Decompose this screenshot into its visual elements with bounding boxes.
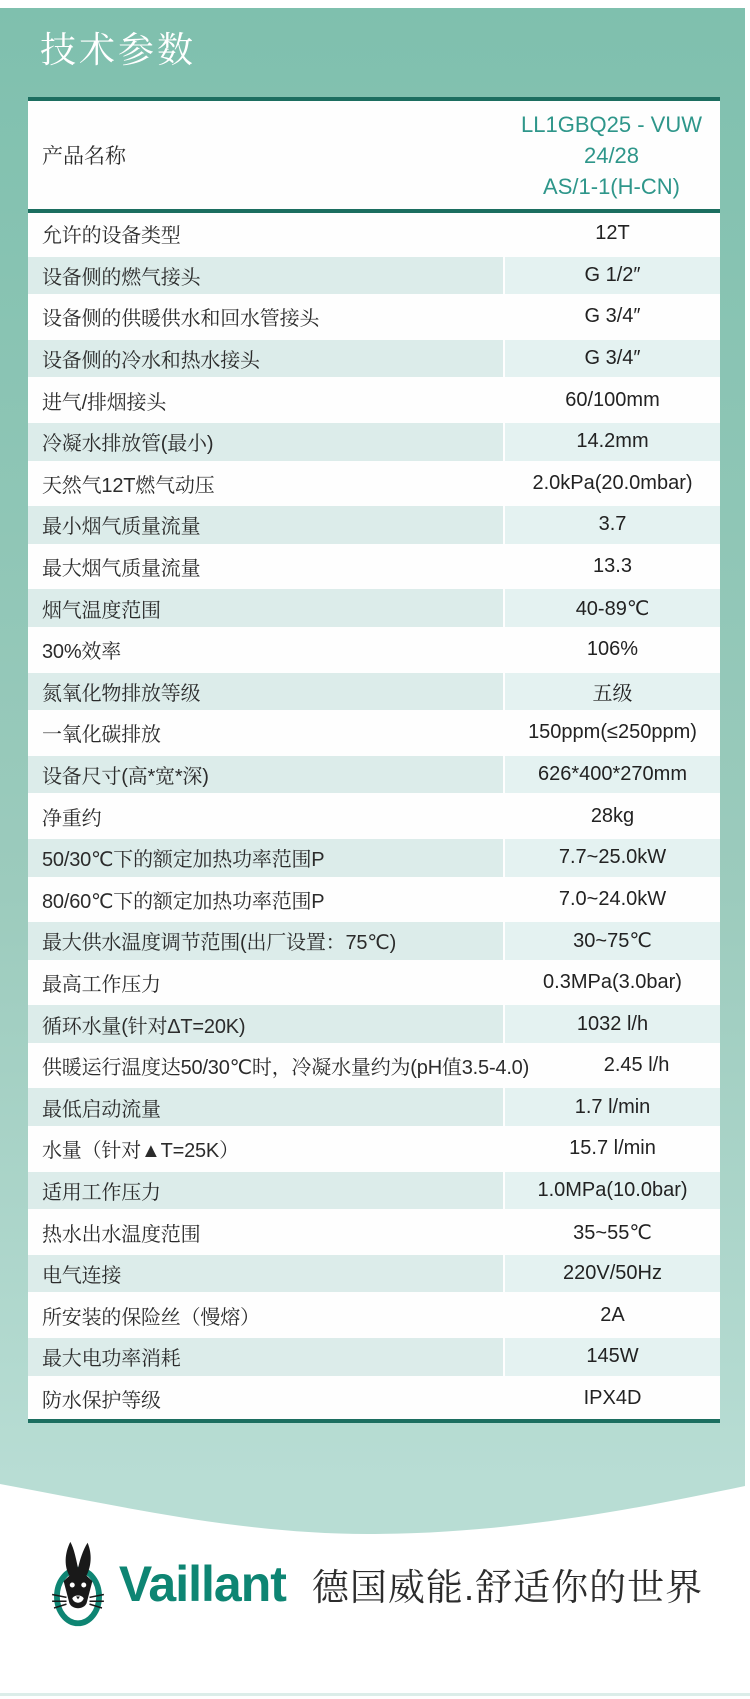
row-label: 80/60℃下的额定加热功率范围P — [28, 879, 505, 921]
row-value: 五级 — [505, 671, 720, 713]
row-label: 供暖运行温度达50/30℃时，冷凝水量约为(pH值3.5-4.0) — [28, 1045, 529, 1087]
row-value: 626*400*270mm — [505, 754, 720, 796]
table-row: 50/30℃下的额定加热功率范围P7.7~25.0kW — [28, 837, 720, 879]
table-row: 80/60℃下的额定加热功率范围P7.0~24.0kW — [28, 879, 720, 921]
row-label: 最小烟气质量流量 — [28, 504, 503, 546]
row-value: 28kg — [505, 795, 720, 837]
row-label: 电气连接 — [28, 1253, 503, 1295]
row-value: 2.45 l/h — [529, 1045, 744, 1087]
vaillant-rabbit-icon — [47, 1538, 109, 1630]
table-row: 冷凝水排放管(最小)14.2mm — [28, 421, 720, 463]
table-row: 进气/排烟接头60/100mm — [28, 379, 720, 421]
table-row: 最低启动流量1.7 l/min — [28, 1086, 720, 1128]
row-value: 0.3MPa(3.0bar) — [505, 962, 720, 1004]
table-row: 氮氧化物排放等级五级 — [28, 671, 720, 713]
product-name-line1: LL1GBQ25 - VUW 24/28 — [505, 109, 718, 171]
table-row: 电气连接220V/50Hz — [28, 1253, 720, 1295]
table-row: 允许的设备类型12T — [28, 213, 720, 255]
bottom-edge-line — [0, 1693, 750, 1696]
table-row: 最大电功率消耗145W — [28, 1336, 720, 1378]
row-value: G 1/2″ — [505, 255, 720, 297]
row-value: G 3/4″ — [505, 296, 720, 338]
row-value: 7.7~25.0kW — [505, 837, 720, 879]
row-label: 一氧化碳排放 — [28, 712, 505, 754]
product-name-row: 产品名称 LL1GBQ25 - VUW 24/28 AS/1-1(H-CN) — [28, 101, 720, 209]
product-name-value: LL1GBQ25 - VUW 24/28 AS/1-1(H-CN) — [505, 109, 718, 202]
wave-decoration — [0, 1480, 745, 1538]
row-label: 最大烟气质量流量 — [28, 546, 505, 588]
row-value: 1.0MPa(10.0bar) — [505, 1170, 720, 1212]
row-label: 设备侧的燃气接头 — [28, 255, 503, 297]
row-label: 净重约 — [28, 795, 505, 837]
table-row: 30%效率106% — [28, 629, 720, 671]
table-row: 最小烟气质量流量3.7 — [28, 504, 720, 546]
row-value: 2A — [505, 1294, 720, 1336]
row-label: 30%效率 — [28, 629, 505, 671]
row-value: 35~55℃ — [505, 1211, 720, 1253]
table-row: 一氧化碳排放150ppm(≤250ppm) — [28, 712, 720, 754]
row-value: 14.2mm — [505, 421, 720, 463]
row-label: 水量（针对▲T=25K） — [28, 1128, 505, 1170]
table-row: 防水保护等级IPX4D — [28, 1378, 720, 1420]
table-row: 设备侧的冷水和热水接头G 3/4″ — [28, 338, 720, 380]
table-row: 最大烟气质量流量13.3 — [28, 546, 720, 588]
row-value: 106% — [505, 629, 720, 671]
row-value: G 3/4″ — [505, 338, 720, 380]
row-label: 设备尺寸(高*宽*深) — [28, 754, 503, 796]
row-label: 烟气温度范围 — [28, 587, 503, 629]
row-label: 最低启动流量 — [28, 1086, 503, 1128]
row-label: 冷凝水排放管(最小) — [28, 421, 503, 463]
table-row: 循环水量(针对ΔT=20K)1032 l/h — [28, 1003, 720, 1045]
table-row: 设备侧的供暖供水和回水管接头G 3/4″ — [28, 296, 720, 338]
row-label: 设备侧的冷水和热水接头 — [28, 338, 503, 380]
table-row: 设备侧的燃气接头G 1/2″ — [28, 255, 720, 297]
spec-card: 产品名称 LL1GBQ25 - VUW 24/28 AS/1-1(H-CN) 允… — [28, 97, 720, 1423]
row-value: 13.3 — [505, 546, 720, 588]
row-label: 热水出水温度范围 — [28, 1211, 505, 1253]
spec-table: 允许的设备类型12T设备侧的燃气接头G 1/2″设备侧的供暖供水和回水管接头G … — [28, 213, 720, 1419]
table-row: 烟气温度范围40-89℃ — [28, 587, 720, 629]
table-row: 水量（针对▲T=25K）15.7 l/min — [28, 1128, 720, 1170]
product-name-label: 产品名称 — [28, 140, 505, 170]
footer: Vaillant 德国威能.舒适你的世界 — [0, 1538, 750, 1630]
row-label: 50/30℃下的额定加热功率范围P — [28, 837, 503, 879]
row-label: 最大电功率消耗 — [28, 1336, 503, 1378]
row-label: 所安装的保险丝（慢熔） — [28, 1294, 505, 1336]
row-value: 40-89℃ — [505, 587, 720, 629]
row-value: 3.7 — [505, 504, 720, 546]
row-value: 1.7 l/min — [505, 1086, 720, 1128]
row-label: 适用工作压力 — [28, 1170, 503, 1212]
row-label: 防水保护等级 — [28, 1378, 505, 1420]
row-label: 天然气12T燃气动压 — [28, 463, 505, 505]
row-value: 60/100mm — [505, 379, 720, 421]
row-value: 220V/50Hz — [505, 1253, 720, 1295]
row-label: 循环水量(针对ΔT=20K) — [28, 1003, 503, 1045]
row-value: IPX4D — [505, 1378, 720, 1420]
row-label: 设备侧的供暖供水和回水管接头 — [28, 296, 505, 338]
row-label: 最高工作压力 — [28, 962, 505, 1004]
table-row: 适用工作压力1.0MPa(10.0bar) — [28, 1170, 720, 1212]
brand-tagline: 德国威能.舒适你的世界 — [312, 1557, 703, 1611]
table-row: 天然气12T燃气动压2.0kPa(20.0mbar) — [28, 463, 720, 505]
row-label: 氮氧化物排放等级 — [28, 671, 503, 713]
row-label: 允许的设备类型 — [28, 213, 505, 255]
page: 技术参数 产品名称 LL1GBQ25 - VUW 24/28 AS/1-1(H-… — [0, 0, 750, 1699]
table-row: 所安装的保险丝（慢熔）2A — [28, 1294, 720, 1336]
brand-wordmark: Vaillant — [119, 1538, 286, 1630]
row-value: 1032 l/h — [505, 1003, 720, 1045]
row-value: 2.0kPa(20.0mbar) — [505, 463, 720, 505]
table-row: 供暖运行温度达50/30℃时，冷凝水量约为(pH值3.5-4.0)2.45 l/… — [28, 1045, 720, 1087]
row-value: 145W — [505, 1336, 720, 1378]
row-value: 12T — [505, 213, 720, 255]
table-row: 热水出水温度范围35~55℃ — [28, 1211, 720, 1253]
table-row: 净重约28kg — [28, 795, 720, 837]
row-label: 进气/排烟接头 — [28, 379, 505, 421]
brand-row: Vaillant 德国威能.舒适你的世界 — [0, 1538, 750, 1630]
table-row: 最高工作压力0.3MPa(3.0bar) — [28, 962, 720, 1004]
table-row: 设备尺寸(高*宽*深)626*400*270mm — [28, 754, 720, 796]
product-name-line2: AS/1-1(H-CN) — [505, 171, 718, 202]
row-value: 150ppm(≤250ppm) — [505, 712, 720, 754]
row-label: 最大供水温度调节范围(出厂设置：75℃) — [28, 920, 503, 962]
row-value: 15.7 l/min — [505, 1128, 720, 1170]
row-value: 30~75℃ — [505, 920, 720, 962]
page-title: 技术参数 — [40, 22, 196, 73]
row-value: 7.0~24.0kW — [505, 879, 720, 921]
table-row: 最大供水温度调节范围(出厂设置：75℃)30~75℃ — [28, 920, 720, 962]
